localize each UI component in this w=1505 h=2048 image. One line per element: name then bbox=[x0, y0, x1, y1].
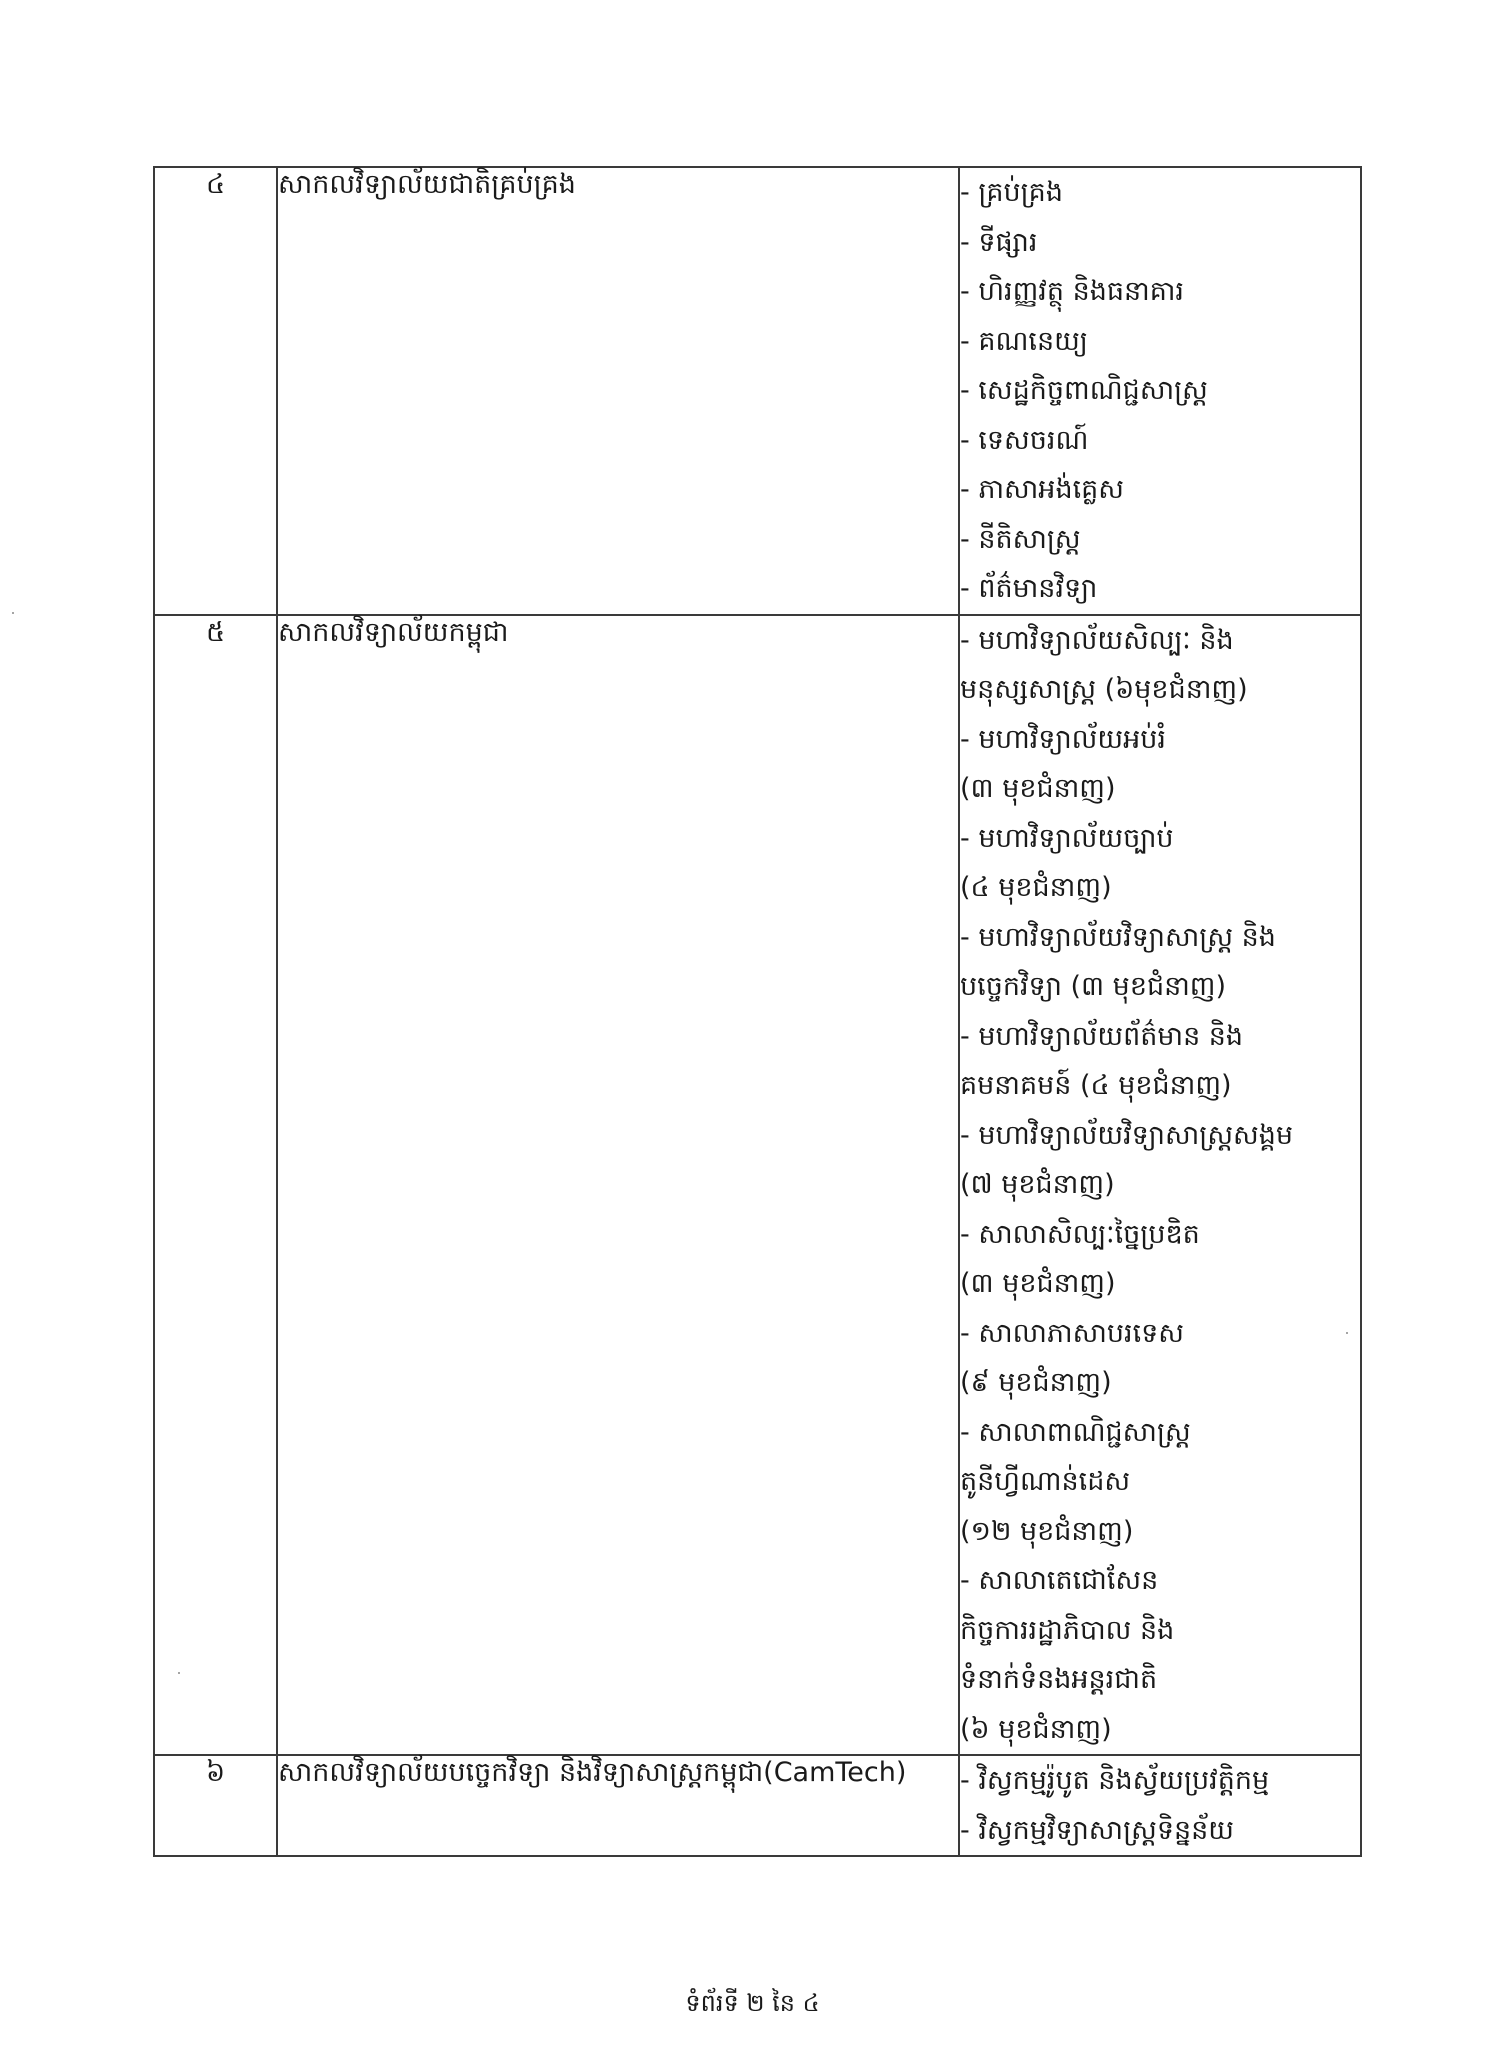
document-page: ៤ សាកលវិទ្យាល័យជាតិគ្រប់គ្រង - គ្រប់គ្រង… bbox=[0, 0, 1505, 2048]
major-item: - មហាវិទ្យាល័យព័ត៌មាន និង bbox=[960, 1012, 1360, 1062]
major-item: - ហិរញ្ញវត្ថុ និងធនាគារ bbox=[960, 267, 1360, 317]
institution-name: សាកលវិទ្យាល័យជាតិគ្រប់គ្រង bbox=[277, 167, 959, 615]
table-row: ៦ សាកលវិទ្យាល័យបច្ចេកវិទ្យា និងវិទ្យាសាស… bbox=[154, 1755, 1361, 1856]
institution-name: សាកលវិទ្យាល័យកម្ពុជា bbox=[277, 615, 959, 1756]
major-item: - ព័ត៌មានវិទ្យា bbox=[960, 564, 1360, 614]
major-item: ទំនាក់ទំនងអន្តរជាតិ bbox=[960, 1655, 1360, 1705]
major-item: - ទីផ្សារ bbox=[960, 218, 1360, 268]
major-item: (៣ មុខជំនាញ) bbox=[960, 1259, 1360, 1309]
scan-speck bbox=[178, 1672, 180, 1674]
major-item: បច្ចេកវិទ្យា (៣ មុខជំនាញ) bbox=[960, 962, 1360, 1012]
major-item: - មហាវិទ្យាល័យសិល្បៈ និង bbox=[960, 616, 1360, 666]
major-item: - វិស្វកម្មរ៉ូបូត និងស្វ័យប្រវត្តិកម្ម bbox=[960, 1756, 1360, 1806]
major-item: - សាលាភាសាបរទេស bbox=[960, 1309, 1360, 1359]
institution-name: សាកលវិទ្យាល័យបច្ចេកវិទ្យា និងវិទ្យាសាស្ត… bbox=[277, 1755, 959, 1856]
page-number-footer: ទំព័រទី ២ នៃ ៤ bbox=[0, 1988, 1505, 2023]
major-item: - សាលាតេជោសែន bbox=[960, 1556, 1360, 1606]
major-item: - មហាវិទ្យាល័យវិទ្យាសាស្ត្រសង្គម bbox=[960, 1111, 1360, 1161]
scan-speck bbox=[1346, 1332, 1348, 1334]
major-item: - មហាវិទ្យាល័យអប់រំ bbox=[960, 715, 1360, 765]
major-item: - ភាសាអង់គ្លេស bbox=[960, 465, 1360, 515]
majors-list: - មហាវិទ្យាល័យសិល្បៈ និងមនុស្សសាស្ត្រ (៦… bbox=[959, 615, 1361, 1756]
major-item: មនុស្សសាស្ត្រ (៦មុខជំនាញ) bbox=[960, 665, 1360, 715]
major-item: កិច្ចការរដ្ឋាភិបាល និង bbox=[960, 1606, 1360, 1656]
major-item: (៤ មុខជំនាញ) bbox=[960, 863, 1360, 913]
major-item: - មហាវិទ្យាល័យច្បាប់ bbox=[960, 814, 1360, 864]
major-item: (៩ មុខជំនាញ) bbox=[960, 1358, 1360, 1408]
major-item: (៦ មុខជំនាញ) bbox=[960, 1705, 1360, 1755]
programs-table: ៤ សាកលវិទ្យាល័យជាតិគ្រប់គ្រង - គ្រប់គ្រង… bbox=[153, 166, 1362, 1857]
major-item: - សាលាពាណិជ្ជសាស្ត្រ bbox=[960, 1408, 1360, 1458]
row-number: ៤ bbox=[154, 167, 277, 615]
major-item: គមនាគមន៍ (៤ មុខជំនាញ) bbox=[960, 1061, 1360, 1111]
scan-speck bbox=[12, 612, 14, 614]
major-item: - មហាវិទ្យាល័យវិទ្យាសាស្ត្រ និង bbox=[960, 913, 1360, 963]
table-row: ៤ សាកលវិទ្យាល័យជាតិគ្រប់គ្រង - គ្រប់គ្រង… bbox=[154, 167, 1361, 615]
row-number: ៦ bbox=[154, 1755, 277, 1856]
table-row: ៥ សាកលវិទ្យាល័យកម្ពុជា - មហាវិទ្យាល័យសិល… bbox=[154, 615, 1361, 1756]
major-item: - វិស្វកម្មវិទ្យាសាស្ត្រទិន្នន័យ bbox=[960, 1806, 1360, 1856]
major-item: (៣ មុខជំនាញ) bbox=[960, 764, 1360, 814]
major-item: - សាលាសិល្បៈច្នៃប្រឌិត bbox=[960, 1210, 1360, 1260]
major-item: (១២ មុខជំនាញ) bbox=[960, 1507, 1360, 1557]
major-item: - នីតិសាស្ត្រ bbox=[960, 515, 1360, 565]
major-item: - សេដ្ឋកិច្ចពាណិជ្ជសាស្ត្រ bbox=[960, 366, 1360, 416]
row-number: ៥ bbox=[154, 615, 277, 1756]
major-item: (៧ មុខជំនាញ) bbox=[960, 1160, 1360, 1210]
major-item: តូនីហ្វីណាន់ដេស bbox=[960, 1457, 1360, 1507]
major-item: - ទេសចរណ៍ bbox=[960, 416, 1360, 466]
majors-list: - វិស្វកម្មរ៉ូបូត និងស្វ័យប្រវត្តិកម្ម- … bbox=[959, 1755, 1361, 1856]
major-item: - គណនេយ្យ bbox=[960, 317, 1360, 367]
majors-list: - គ្រប់គ្រង- ទីផ្សារ- ហិរញ្ញវត្ថុ និងធនា… bbox=[959, 167, 1361, 615]
major-item: - គ្រប់គ្រង bbox=[960, 168, 1360, 218]
